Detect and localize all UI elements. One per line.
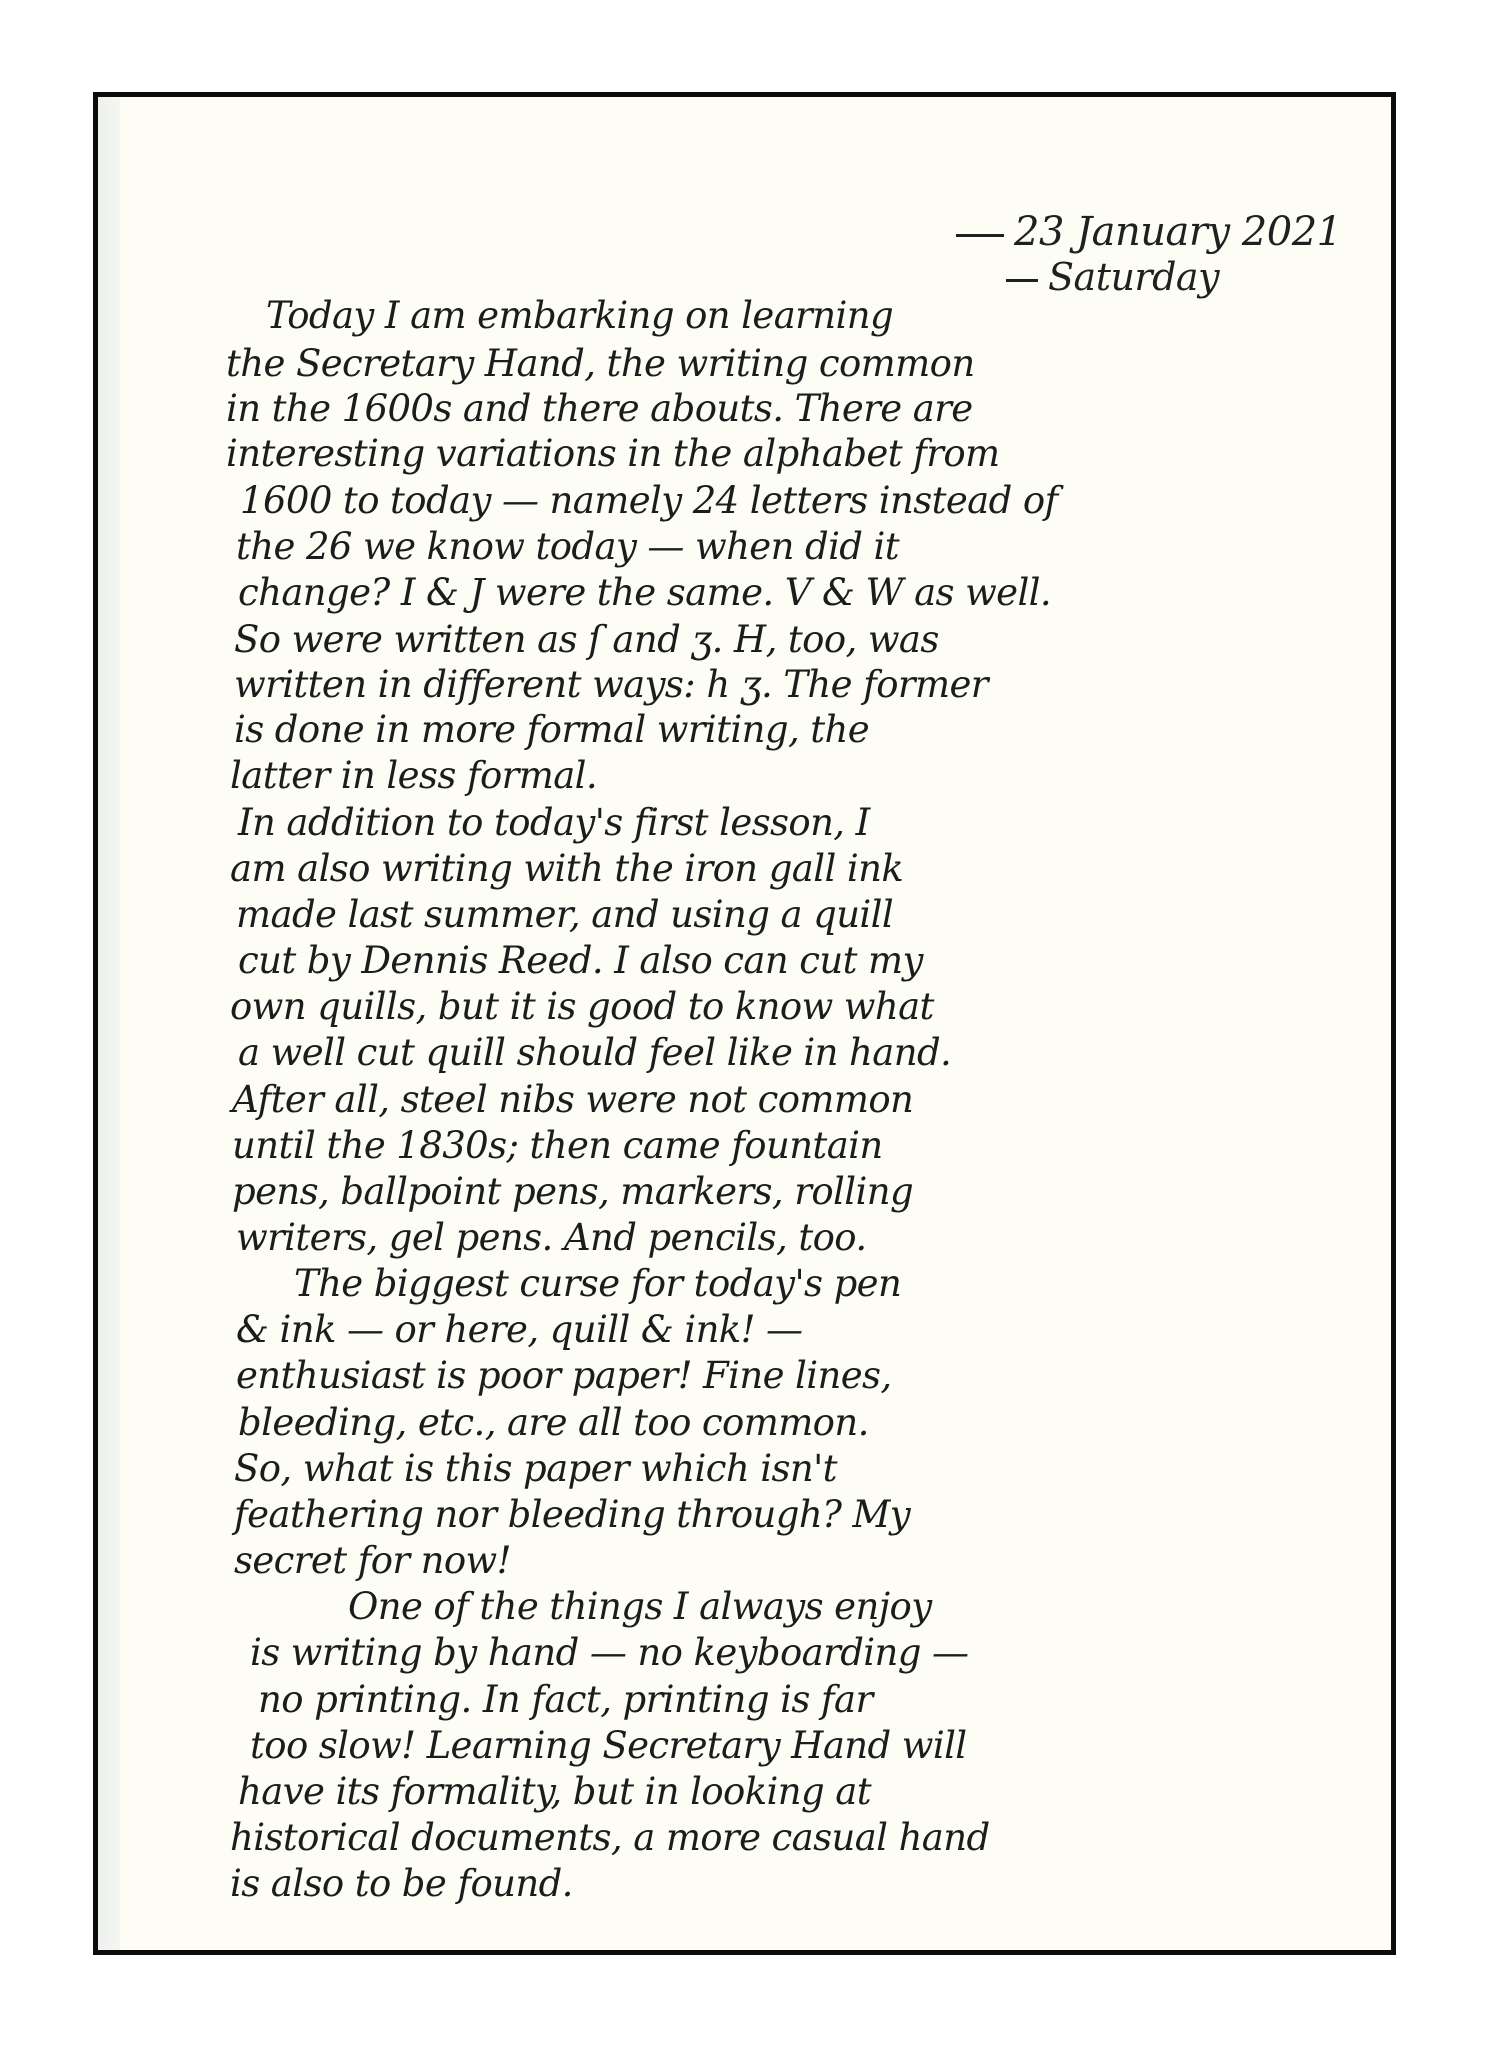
text-line: The biggest curse for today's pen <box>294 1261 901 1307</box>
text-line: In addition to today's first lesson, I <box>238 800 870 846</box>
text-line: historical documents, a more casual hand <box>230 1815 990 1861</box>
text-line: too slow! Learning Secretary Hand will <box>250 1723 967 1769</box>
text-line: & ink — or here, quill & ink! — <box>236 1307 802 1353</box>
text-line: feathering nor bleeding through? My <box>234 1492 910 1538</box>
text-line: cut by Dennis Reed. I also can cut my <box>238 938 923 984</box>
text-line: in the 1600s and there abouts. There are <box>226 386 973 432</box>
text-line: own quills, but it is good to know what <box>230 984 934 1030</box>
text-line: bleeding, etc., are all too common. <box>238 1400 869 1446</box>
text-line: written in different ways: h ʒ. The form… <box>234 662 988 708</box>
text-line: is writing by hand — no keyboarding — <box>250 1630 968 1676</box>
date-line: 23 January 2021 <box>956 209 1342 255</box>
paper-edge-strip <box>98 97 120 1950</box>
date-text: 23 January 2021 <box>1014 209 1342 255</box>
text-line: until the 1830s; then came fountain <box>232 1123 883 1169</box>
text-line: change? I & J were the same. V & W as we… <box>238 570 1051 616</box>
text-line: made last summer, and using a quill <box>236 892 893 938</box>
text-line: So were written as ſ and ʒ. H, too, was <box>234 617 939 663</box>
text-line: am also writing with the iron gall ink <box>230 846 903 892</box>
dash-mark <box>1006 279 1038 282</box>
text-line: Today I am embarking on learning <box>266 293 1276 339</box>
dash-mark <box>956 234 1004 237</box>
text-line: pens, ballpoint pens, markers, rolling <box>232 1169 913 1215</box>
text-line: secret for now! <box>234 1538 511 1584</box>
text-line: the Secretary Hand, the writing common <box>226 341 975 387</box>
text-line: interesting variations in the alphabet f… <box>226 431 999 477</box>
text-line: latter in less formal. <box>230 753 597 799</box>
text-line: enthusiast is poor paper! Fine lines, <box>236 1353 892 1399</box>
text-line: is also to be found. <box>230 1861 573 1907</box>
text-line: 1600 to today — namely 24 letters instea… <box>240 478 1058 524</box>
text-line: writers, gel pens. And pencils, too. <box>236 1215 867 1261</box>
text-line: have its formality, but in looking at <box>238 1769 871 1815</box>
text-line: After all, steel nibs were not common <box>232 1077 913 1123</box>
text-line: a well cut quill should feel like in han… <box>238 1030 951 1076</box>
text-line: the 26 we know today — when did it <box>236 524 899 570</box>
text-line: is done in more formal writing, the <box>234 707 869 753</box>
text-line: no printing. In fact, printing is far <box>258 1677 873 1723</box>
page-frame: 23 January 2021 Saturday Today I am emba… <box>93 92 1396 1955</box>
text-line: One of the things I always enjoy <box>348 1584 932 1630</box>
text-line: So, what is this paper which isn't <box>234 1446 837 1492</box>
